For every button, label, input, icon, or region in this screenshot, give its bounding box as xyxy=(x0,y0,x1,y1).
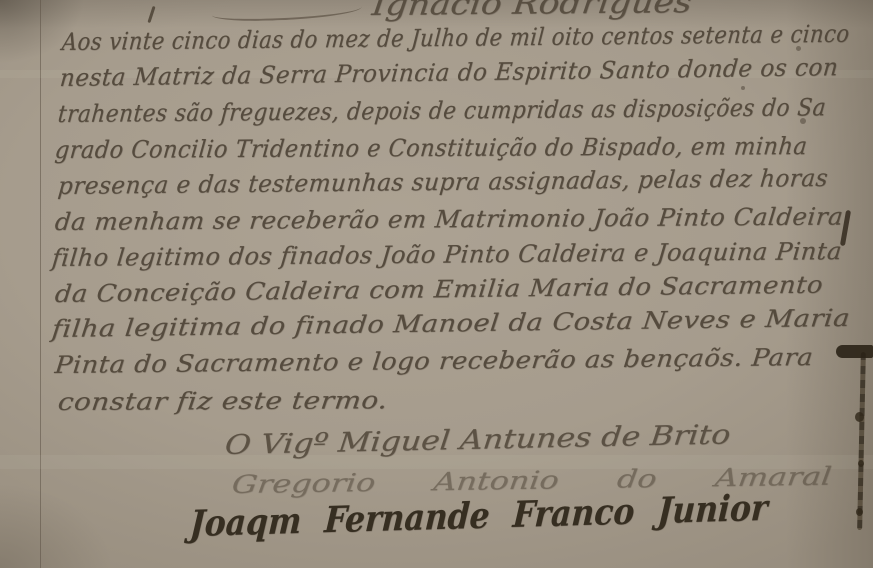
ink-blot xyxy=(836,345,873,358)
handwritten-line-9: filha legitima do finado Manoel da Costa… xyxy=(51,306,852,341)
illegible-flourish xyxy=(212,0,363,23)
handwritten-line-5: presença e das testemunhas supra assigna… xyxy=(57,166,829,198)
header-line: Ignacio Rodrigues xyxy=(370,0,693,21)
paper-speck xyxy=(800,118,806,124)
handwritten-line-3: trahentes são freguezes, depois de cumpr… xyxy=(57,95,827,126)
ink-dot xyxy=(855,412,864,422)
paper-speck xyxy=(741,86,745,90)
handwritten-line-2: nesta Matriz da Serra Provincia do Espir… xyxy=(59,55,839,90)
handwritten-line-10: Pinta do Sacramento e logo receberão as … xyxy=(54,345,815,377)
handwritten-line-11: constar fiz este termo. xyxy=(57,388,390,414)
signature-vicar: O Vigº Miguel Antunes de Brito xyxy=(224,421,732,459)
ink-dot xyxy=(858,460,864,467)
paper-speck xyxy=(796,46,801,51)
handwritten-line-7: filho legitimo dos finados João Pinto Ca… xyxy=(51,239,843,270)
handwritten-line-8: da Conceição Caldeira com Emilia Maria d… xyxy=(54,273,825,306)
margin-rule xyxy=(40,0,41,568)
ink-mark xyxy=(147,6,155,23)
handwritten-line-4: grado Concilio Tridentino e Constituição… xyxy=(54,134,809,162)
handwritten-line-6: da menham se receberão em Matrimonio Joã… xyxy=(54,204,845,234)
page-edge-marks xyxy=(857,352,866,530)
document-scan: Ignacio Rodrigues Aos vinte cinco dias d… xyxy=(0,0,873,568)
ink-dot xyxy=(856,508,863,516)
handwritten-line-1: Aos vinte cinco dias do mez de Julho de … xyxy=(61,22,851,54)
